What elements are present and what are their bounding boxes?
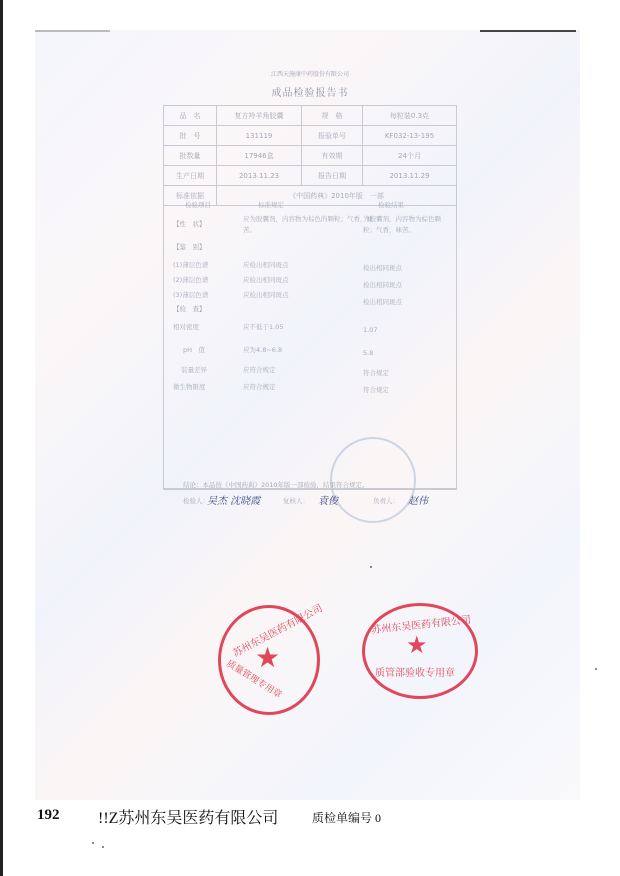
test-result: 1.07 (363, 325, 453, 336)
section-identification: 【鉴 别】 (173, 242, 206, 251)
info-label: 批 号 (164, 126, 217, 146)
oval-qa-seal: 苏州东吴医药有限公司 ★ 质管部验收专用章 (362, 603, 478, 699)
test-item: (2)薄层色谱 (173, 275, 208, 284)
header-standard: 标准规定 (258, 200, 388, 211)
inspector-label: 检验人： (183, 496, 209, 505)
section-character: 【性 状】 (173, 219, 206, 228)
info-label: 有效期 (302, 146, 363, 166)
approver-label: 负责人： (373, 496, 399, 505)
character-standard: 应为胶囊剂，内容物为棕色的颗粒；气香，味苦。 (243, 214, 373, 236)
test-standard: 应不低于1.05 (243, 322, 373, 333)
test-standard: 应为4.8~6.8 (243, 345, 373, 356)
header-result: 检验结果 (378, 200, 468, 211)
page-footer: 192 !!Z苏州东吴医药有限公司 质检单编号 0 (0, 805, 620, 829)
info-value: KF032-13-195 (363, 126, 457, 146)
test-result: 符合规定 (363, 368, 453, 379)
sheet-edge-line (480, 30, 576, 32)
info-label: 批数量 (164, 146, 217, 166)
test-standard: 应检出相同斑点 (243, 275, 373, 286)
info-value: 24个月 (363, 146, 457, 166)
test-result: 检出相同斑点 (363, 280, 453, 291)
test-result: 5.8 (363, 348, 453, 359)
info-label: 报告日期 (302, 166, 363, 186)
divider (163, 488, 457, 489)
sheet-edge-line (35, 30, 110, 32)
table-row: 批数量 17946盒 有效期 24个月 (164, 146, 457, 166)
reviewer-signature: 袁俊 (318, 492, 338, 507)
inspection-form-number: 质检单编号 0 (312, 809, 381, 826)
test-standard: 应符合规定 (243, 382, 373, 393)
info-label: 报验单号 (302, 126, 363, 146)
info-value: 每粒装0.3克 (363, 106, 457, 126)
scan-speck (92, 842, 94, 844)
scan-speck (102, 846, 104, 848)
test-item: (3)薄层色谱 (173, 290, 208, 299)
document-title: 成品检验报告书 (0, 84, 620, 99)
test-standard: 应检出相同斑点 (243, 260, 373, 271)
scan-edge (0, 0, 3, 876)
inspector-signature: 吴杰 沈晓霞 (207, 492, 260, 507)
company-header: 江西天施康中药股份有限公司 (0, 69, 620, 78)
test-result: 检出相同斑点 (363, 297, 453, 308)
test-standard: 应检出相同斑点 (243, 290, 373, 301)
test-item: 装量差异 (181, 365, 207, 374)
header-item: 检验项目 (185, 200, 211, 209)
footer-company-name: !!Z苏州东吴医药有限公司 (98, 805, 278, 828)
test-item: pH 值 (183, 345, 205, 354)
seal-purpose-text: 质管部验收专用章 (375, 664, 455, 679)
info-label: 品 名 (164, 106, 217, 126)
character-result: 为胶囊剂，内容物为棕色颗粒；气香，味苦。 (363, 214, 453, 236)
test-item: (1)薄层色谱 (173, 260, 208, 269)
test-item: 微生物限度 (173, 382, 206, 391)
table-row: 批 号 131119 报验单号 KF032-13-195 (164, 126, 457, 146)
test-item: 相对密度 (173, 322, 199, 331)
table-row: 生产日期 2013.11.23 报告日期 2013.11.29 (164, 166, 457, 186)
scan-speck (595, 668, 597, 670)
test-result: 符合规定 (363, 385, 453, 396)
info-value: 131119 (217, 126, 302, 146)
star-icon: ★ (406, 631, 428, 659)
test-standard: 应符合规定 (243, 365, 373, 376)
approver-signature: 赵伟 (408, 492, 428, 507)
star-icon: ★ (255, 644, 280, 672)
product-info-table: 品 名 复方羚羊角胶囊 规 格 每粒装0.3克 批 号 131119 报验单号 … (163, 105, 457, 206)
info-label: 规 格 (302, 106, 363, 126)
section-inspection: 【检 查】 (173, 304, 206, 313)
info-value: 复方羚羊角胶囊 (217, 106, 302, 126)
info-value: 17946盒 (217, 146, 302, 166)
table-row: 品 名 复方羚羊角胶囊 规 格 每粒装0.3克 (164, 106, 457, 126)
page-number: 192 (37, 807, 60, 824)
reviewer-label: 复核人： (283, 496, 309, 505)
info-value: 2013.11.23 (217, 166, 302, 186)
scan-speck (370, 566, 372, 568)
test-result: 检出相同斑点 (363, 263, 453, 274)
info-label: 生产日期 (164, 166, 217, 186)
round-company-seal: 苏州东吴医药有限公司 ★ 质量管理专用章 (218, 605, 320, 715)
info-value: 2013.11.29 (363, 166, 457, 186)
